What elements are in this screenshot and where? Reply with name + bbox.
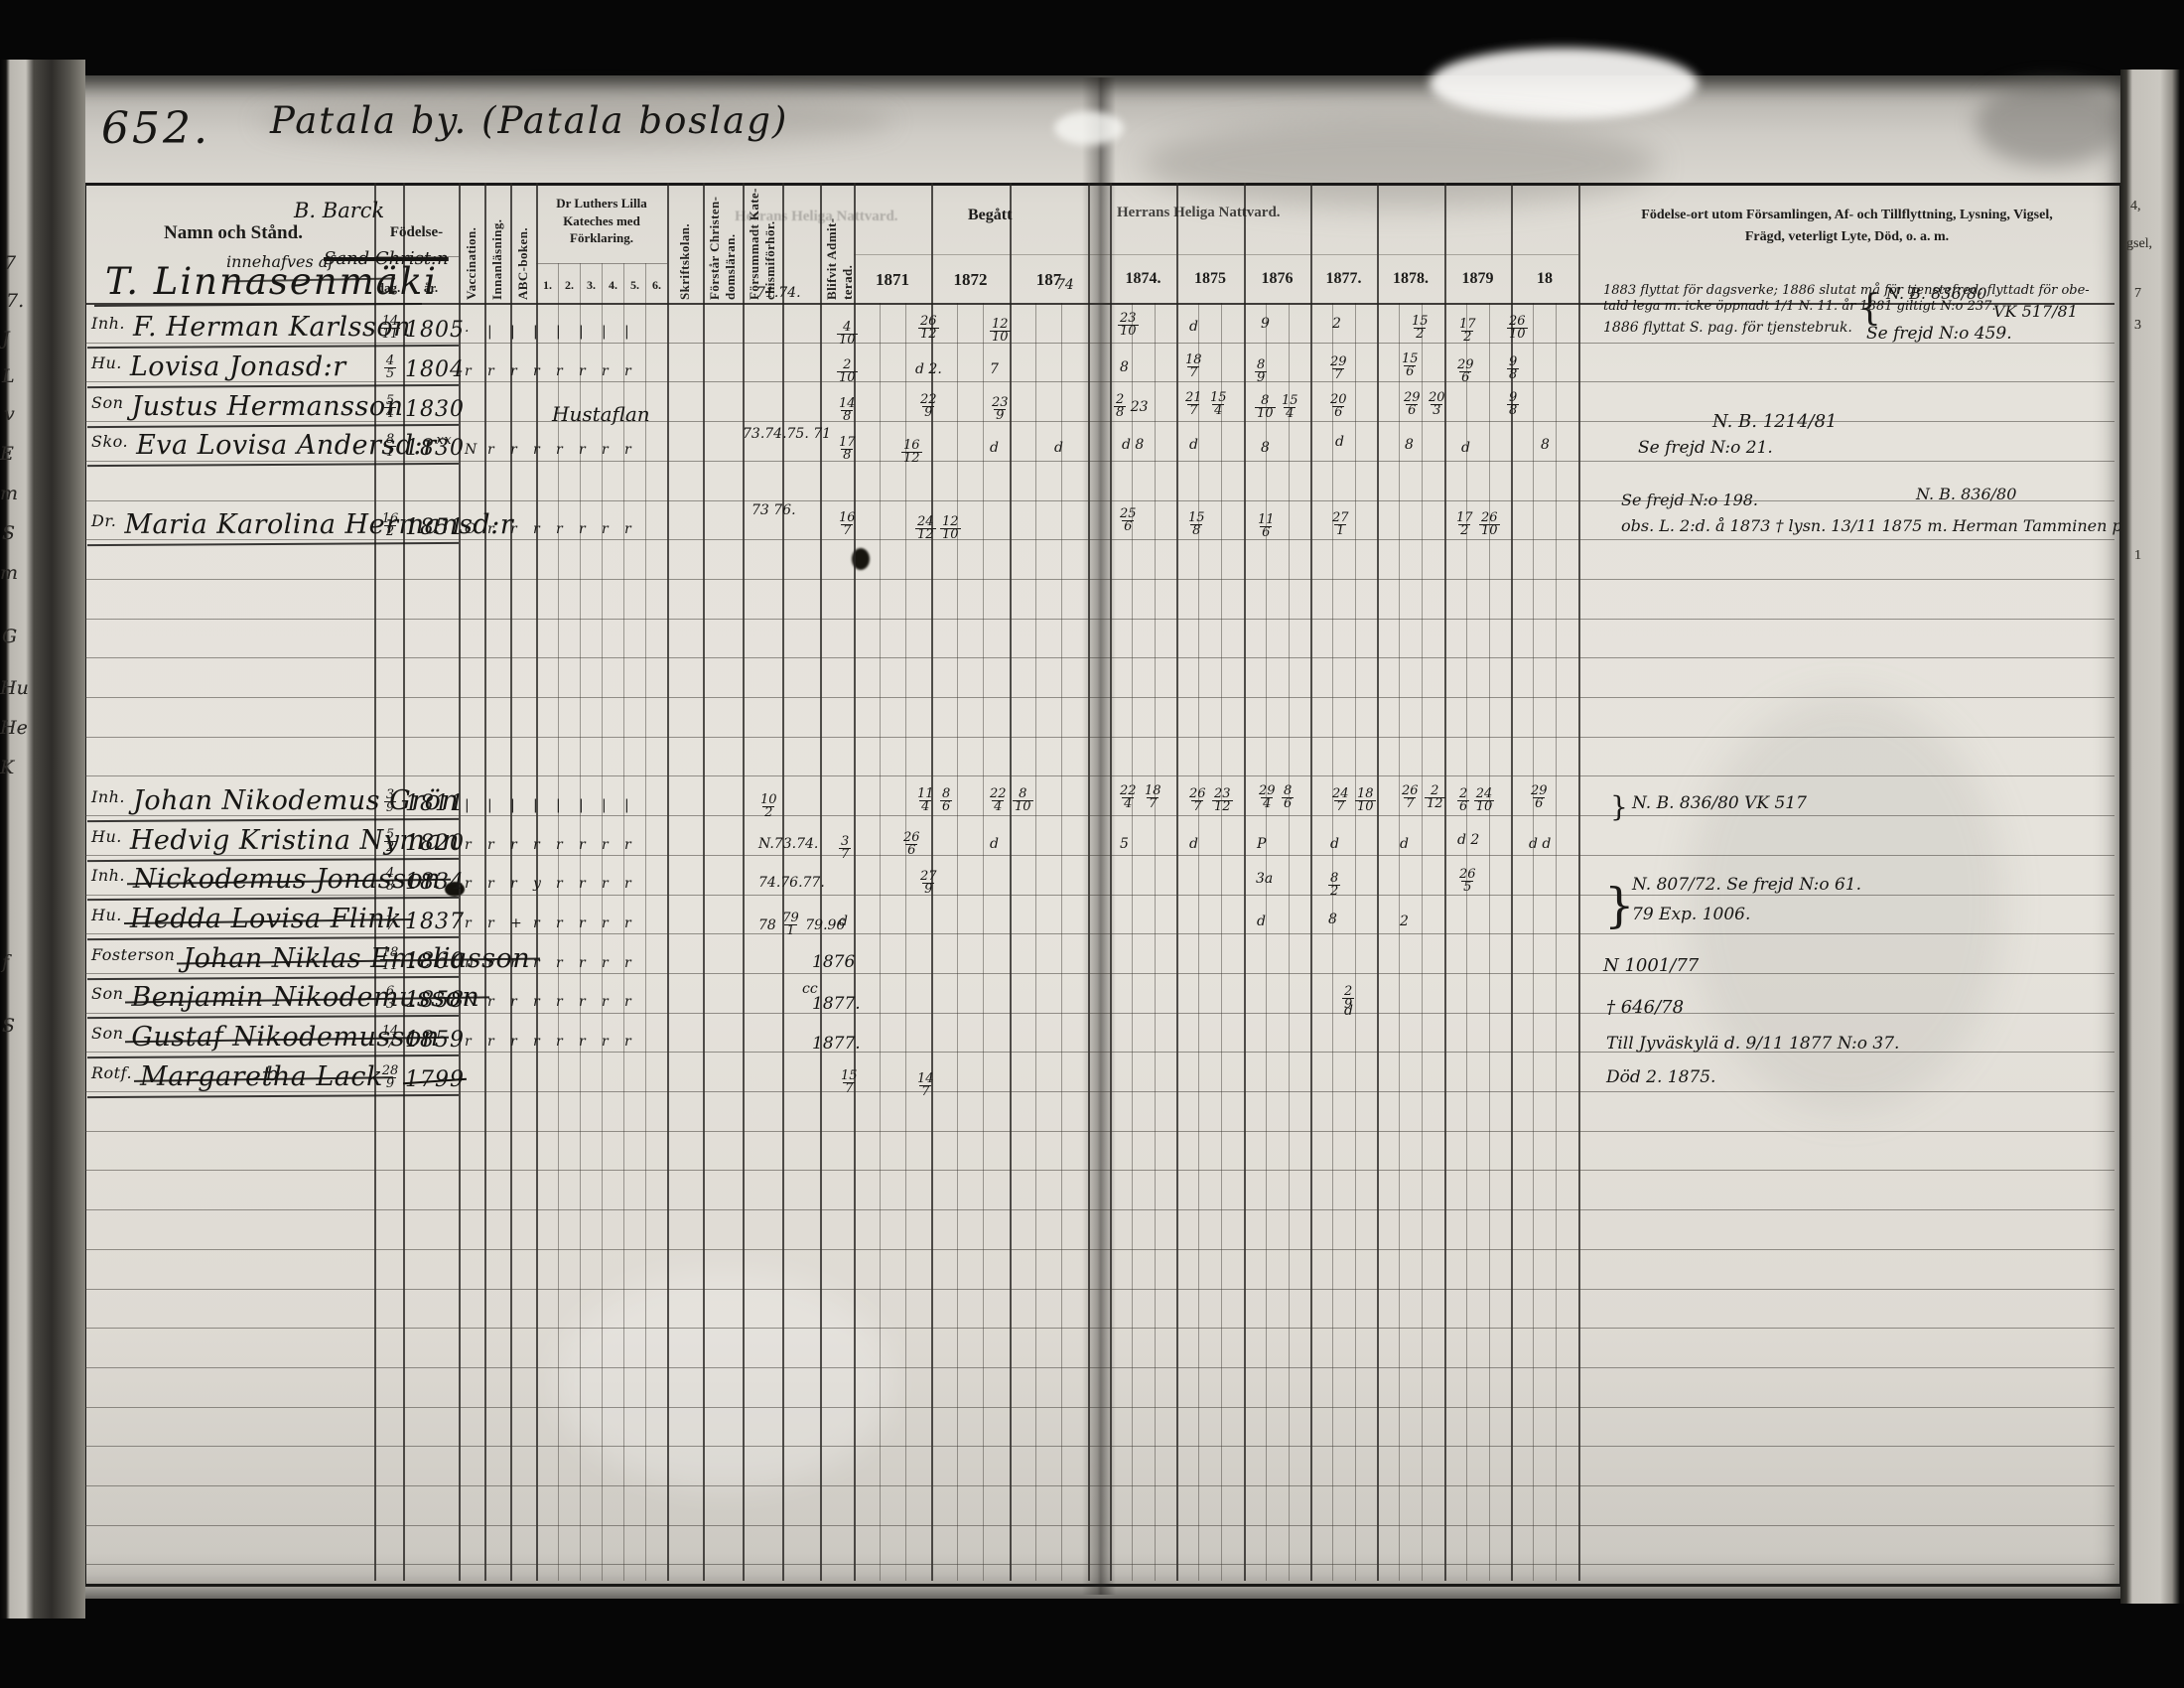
margin-note: Se frejd N:o 459. <box>1866 324 2012 344</box>
page-number: 652. <box>101 103 210 154</box>
grid-mark: 8 <box>1541 437 1550 453</box>
year-header-1871: 1871 <box>854 270 931 290</box>
catechism-mark: r <box>602 363 609 379</box>
scanned-parish-register-photo: 652. Patala by. (Patala boslag) Namn och… <box>0 0 2184 1688</box>
grid-mark: 147 <box>915 1073 936 1099</box>
grid-mark: d 8 <box>1122 437 1144 453</box>
catechism-mark: · <box>465 324 469 340</box>
date-fraction: 172 <box>1457 319 1478 345</box>
birth-day: 1811 <box>375 947 405 973</box>
date-fraction: 98 <box>1507 356 1519 382</box>
status-prefix: Hu. <box>91 353 122 372</box>
grid-mark: 114 86 <box>915 788 952 814</box>
margin-note: 1886 flyttat S. pag. för tjenstebruk. <box>1603 320 1852 336</box>
date-fraction: 187 <box>1183 354 1204 380</box>
date-fraction: 267 <box>1400 785 1421 811</box>
date-fraction: 1210 <box>940 516 961 542</box>
grid-mark: 78 791 79.96 <box>758 913 845 938</box>
catechism-mark: r <box>579 876 586 892</box>
grid-mark: d <box>839 914 848 929</box>
catechism-mark: r <box>579 837 586 853</box>
notes-header-line2: Frägd, veterligt Lyte, Död, o. a. m. <box>1745 229 1949 244</box>
birth-day: 48 <box>375 868 405 894</box>
grid-mark: d 2 <box>1457 832 1479 848</box>
grid-mark: 271 <box>1330 512 1351 538</box>
date-fraction: 82 <box>1328 873 1340 899</box>
margin-note: N. B. 836/80 VK 517 <box>1632 793 1807 813</box>
date-fraction: 37 <box>839 836 851 862</box>
catechism-mark: r <box>533 837 540 853</box>
grid-mark: 265 <box>1457 869 1478 895</box>
date-fraction: 229 <box>918 394 939 420</box>
grid-mark: 8 <box>1261 440 1270 456</box>
page-edge-fragment: 7 <box>2134 286 2141 302</box>
grid-mark: 156 <box>1400 353 1421 379</box>
grid-mark: d <box>990 440 999 456</box>
grid-mark: 37 <box>839 836 851 862</box>
birth-year: 1804 <box>405 357 465 382</box>
catechism-mark: r <box>624 442 631 458</box>
status-prefix: Dr. <box>91 511 116 530</box>
status-prefix: Son <box>91 1024 123 1043</box>
birth-year: 1859 <box>405 1028 465 1053</box>
village-title-script: Patala by. (Patala boslag) <box>270 99 788 142</box>
communion-header-nattvard: Herrans Heliga Nattvard. <box>1117 205 1281 221</box>
page-edge-fragment: 4, <box>2130 199 2141 214</box>
catechism-mark: | <box>533 797 538 813</box>
name-row: SonJustus Hermansson <box>91 391 404 422</box>
catechism-mark: r <box>465 876 472 892</box>
grid-mark: 1876 <box>812 952 855 972</box>
catechism-col-1: 1. <box>537 278 558 293</box>
catechism-mark: r <box>487 915 494 931</box>
birth-day: 45 <box>375 355 405 381</box>
catechism-mark: r <box>556 994 563 1010</box>
grid-mark: 73 76. <box>751 502 796 518</box>
grid-mark: d 2. <box>915 361 942 377</box>
date-fraction: 1210 <box>990 319 1011 345</box>
status-prefix: Son <box>91 393 123 412</box>
catechism-col-4: 4. <box>603 278 623 293</box>
date-fraction: 791 <box>780 913 801 938</box>
grid-mark: 102 <box>758 794 779 820</box>
date-fraction: 154 <box>1208 392 1229 418</box>
column-header-reading: Innanläsning. <box>489 191 505 300</box>
column-header-notes: Födelse-ort utom Församlingen, Af- och T… <box>1586 205 2108 247</box>
catechism-mark: r <box>510 876 517 892</box>
grid-mark: 187 <box>1183 354 1204 380</box>
margin-glyph: 7. <box>6 290 24 312</box>
person-name: F. Herman Karlsson <box>133 312 411 343</box>
birth-year: 1858 <box>405 988 465 1013</box>
catechism-mark: | <box>533 324 538 340</box>
catechism-mark: r <box>602 521 609 537</box>
margin-note: N. B. 1214/81 <box>1712 411 1838 432</box>
catechism-mark: r <box>579 442 586 458</box>
birth-year: 1837 <box>405 910 465 934</box>
grid-mark: 297 <box>1328 356 1349 382</box>
date-fraction: 206 <box>1328 394 1349 420</box>
date-fraction: 52 <box>384 829 396 855</box>
catechism-line1: Dr Luthers Lilla <box>556 196 647 211</box>
date-fraction: 2312 <box>1212 788 1233 814</box>
birth-year: 1811 <box>405 791 465 816</box>
catechism-mark: | <box>487 324 492 340</box>
catechism-mark: r <box>487 1034 494 1050</box>
catechism-mark: r <box>556 442 563 458</box>
birth-year: 1830 <box>405 397 465 422</box>
column-header-missed-2: chismiförhör. <box>762 191 778 300</box>
date-fraction: 296 <box>1529 785 1550 811</box>
grid-mark: 294 86 <box>1257 785 1294 811</box>
date-fraction: 810 <box>1255 395 1276 421</box>
grid-mark: 2412 1210 <box>915 516 961 542</box>
status-prefix: Sko. <box>91 432 128 451</box>
grid-mark: 172 2610 <box>1454 512 1500 538</box>
grid-mark: d <box>1330 836 1339 852</box>
date-fraction: 2310 <box>1118 313 1139 339</box>
year-header-1872: 1872 <box>931 270 1010 290</box>
grid-mark: 73.74.75. 71 <box>743 426 831 442</box>
margin-glyph: S <box>2 1015 15 1037</box>
page-edge-fragment: 1 <box>2134 548 2141 564</box>
grid-mark: 229 <box>918 394 939 420</box>
column-header-confirmation: Skriftskolan. <box>677 191 693 300</box>
catechism-mark: r <box>487 837 494 853</box>
margin-glyph: G <box>2 626 17 647</box>
margin-note: N. B. 836/80 <box>1916 485 2016 503</box>
grid-mark: d <box>990 836 999 852</box>
grid-mark: 296 <box>1529 785 1550 811</box>
catechism-mark: r <box>579 521 586 537</box>
year-header-1875: 1875 <box>1176 270 1244 288</box>
date-fraction: 1411 <box>380 316 401 342</box>
date-fraction: 48 <box>384 868 396 894</box>
grid-mark: 98 <box>1507 392 1519 418</box>
birth-year: 1830 <box>405 436 465 461</box>
catechism-mark: | <box>510 324 515 340</box>
date-fraction: 810 <box>1013 788 1033 814</box>
date-fraction: 2410 <box>1474 788 1495 814</box>
margin-glyph: m <box>0 562 18 584</box>
catechism-mark: | <box>556 797 561 813</box>
status-prefix: Rotf. <box>91 1063 132 1082</box>
date-fraction: 86 <box>1282 785 1294 811</box>
catechism-mark: r <box>510 363 517 379</box>
birth-day: 17 <box>375 908 405 933</box>
date-fraction: 2610 <box>1507 316 1528 342</box>
catechism-mark: r <box>510 442 517 458</box>
communion-header-begatt: Begått <box>968 207 1012 224</box>
catechism-mark: N <box>465 994 477 1010</box>
year-header-1876: 1876 <box>1244 270 1310 288</box>
grid-mark: 89 <box>1255 359 1267 385</box>
date-fraction: 203 <box>1427 392 1447 418</box>
catechism-mark: r <box>624 955 631 971</box>
margin-glyph: f <box>2 951 9 973</box>
date-fraction: 212 <box>1425 785 1445 811</box>
catechism-mark: r <box>487 363 494 379</box>
catechism-mark: r <box>487 442 494 458</box>
catechism-mark: r <box>487 521 494 537</box>
catechism-mark: r <box>602 994 609 1010</box>
grid-mark: 82 <box>1328 873 1340 899</box>
name-row: Inh.F. Herman Karlsson <box>91 312 411 343</box>
catechism-mark: r <box>624 876 631 892</box>
catechism-mark: r <box>533 442 540 458</box>
date-fraction: 28 <box>1114 394 1126 420</box>
catechism-mark: r <box>556 1034 563 1050</box>
person-name: Hedda Lovisa Flink <box>130 904 402 934</box>
name-row: Hu.Lovisa Jonasd:r <box>91 352 346 382</box>
margin-note: † 646/78 <box>1606 997 1684 1018</box>
date-fraction: 89 <box>1255 359 1267 385</box>
grid-mark: 74.76.77. <box>758 875 825 891</box>
note-brace: } <box>1610 790 1628 823</box>
grid-mark: 152 <box>1410 316 1431 342</box>
grid-mark: 74 <box>1056 277 1074 293</box>
grid-mark: d <box>1400 836 1409 852</box>
status-prefix: Inh. <box>91 866 125 885</box>
margin-note: N. 807/72. Se frejd N:o 61. <box>1632 875 1861 895</box>
catechism-mark: r <box>624 521 631 537</box>
date-fraction: 39 <box>384 789 396 815</box>
margin-glyph: J <box>2 328 10 350</box>
catechism-mark: O <box>465 521 476 537</box>
catechism-mark: r <box>487 994 494 1010</box>
name-row: Rotf.Margaretha Lack <box>91 1061 383 1092</box>
birth-day: 39 <box>375 789 405 815</box>
date-fraction: 26 <box>1457 788 1469 814</box>
person-name: Johan Niklas Emeliasson <box>183 943 530 974</box>
grid-mark: 1612 <box>901 440 922 466</box>
date-fraction: 410 <box>837 322 858 348</box>
birth-day: 63 <box>375 986 405 1012</box>
grid-mark: 247 1810 <box>1330 788 1376 814</box>
grid-mark: Hustaflan <box>552 402 650 426</box>
date-fraction: 2610 <box>1479 512 1500 538</box>
catechism-mark: r <box>510 994 517 1010</box>
grid-mark: 5 <box>1120 836 1129 852</box>
date-fraction: 147 <box>380 1026 401 1052</box>
margin-glyph: 7 <box>4 252 16 274</box>
grid-mark: 148 <box>837 398 858 424</box>
date-fraction: 247 <box>1330 788 1351 814</box>
person-name: Justus Hermansson <box>131 391 403 422</box>
birth-year: 1860 <box>405 949 465 974</box>
catechism-mark: r <box>602 837 609 853</box>
catechism-mark: + <box>510 915 522 931</box>
catechism-mark: | <box>602 324 607 340</box>
grid-mark: 1877. <box>812 1034 861 1054</box>
grid-mark: N.73.74. <box>758 836 818 852</box>
column-header-catechism: Dr Luthers Lilla Kateches med Förklaring… <box>536 195 667 247</box>
birth-year: 1820 <box>405 831 465 856</box>
catechism-mark: y <box>533 876 541 892</box>
catechism-mark: r <box>533 363 540 379</box>
date-fraction: 148 <box>837 398 858 424</box>
catechism-mark: r <box>465 915 472 931</box>
bleedthrough-communion-text: Herrans Heliga Nattvard. <box>735 209 898 225</box>
catechism-mark: N <box>465 442 477 458</box>
catechism-mark: r <box>510 837 517 853</box>
grid-mark: 167 <box>837 512 858 538</box>
grid-mark: 28 23 <box>1114 394 1149 420</box>
date-fraction: 167 <box>837 512 858 538</box>
catechism-mark: r <box>533 955 540 971</box>
name-row: Hu.Hedda Lovisa Flink <box>91 904 402 934</box>
grid-mark: d <box>1054 440 1063 456</box>
birth-year: 1799 <box>405 1067 465 1092</box>
grid-mark: 267 212 <box>1400 785 1445 811</box>
birth-year: 1851 <box>405 515 465 540</box>
birth-day: 52 <box>375 829 405 855</box>
catechism-mark: r <box>579 955 586 971</box>
catechism-mark: r <box>556 955 563 971</box>
birth-day: 1411 <box>375 316 405 342</box>
date-fraction: 45 <box>384 355 396 381</box>
page-edge-fragment: gsel, <box>2126 236 2152 252</box>
date-fraction: 217 <box>1183 392 1204 418</box>
margin-note: Död 2. 1875. <box>1606 1067 1715 1087</box>
margin-note: Till Jyväskylä d. 9/11 1877 N:o 37. <box>1606 1034 1899 1054</box>
date-fraction: 279 <box>918 871 939 897</box>
catechism-mark: | <box>624 797 629 813</box>
date-fraction: 98 <box>1507 392 1519 418</box>
catechism-mark: | <box>624 324 629 340</box>
year-header-1878: 1878. <box>1377 270 1444 288</box>
date-fraction: 296 <box>1402 392 1423 418</box>
section-title-farm-name: T. Linnasenmäki <box>105 260 438 303</box>
catechism-mark: | <box>465 797 470 813</box>
status-prefix: Fosterson <box>91 945 175 964</box>
date-fraction: 102 <box>758 794 779 820</box>
birth-day: 54 <box>375 395 405 421</box>
date-fraction: 187 <box>1143 785 1163 811</box>
catechism-mark: r <box>602 1034 609 1050</box>
date-fraction: 2412 <box>915 516 936 542</box>
grid-mark: 178 <box>837 437 858 463</box>
catechism-col-6: 6. <box>646 278 667 293</box>
note-brace: { <box>1858 288 1881 329</box>
birth-day: 289 <box>375 1065 405 1091</box>
grid-mark: 98 <box>1507 356 1519 382</box>
grid-mark: 7 <box>990 361 999 377</box>
date-fraction: 81 <box>384 434 396 460</box>
date-fraction: 17 <box>384 908 396 933</box>
date-fraction: 147 <box>915 1073 936 1099</box>
margin-glyph: K <box>0 757 14 778</box>
status-prefix: Hu. <box>91 906 122 924</box>
catechism-mark: r <box>487 955 494 971</box>
margin-note: Se frejd N:o 198. <box>1621 491 1758 509</box>
catechism-mark: r <box>487 876 494 892</box>
margin-note: VK 517/81 <box>1993 302 2078 321</box>
grid-mark: 116 <box>1256 514 1277 540</box>
date-fraction: 1612 <box>901 440 922 466</box>
catechism-mark: r <box>624 837 631 853</box>
year-header-1880: 18 <box>1511 270 1578 288</box>
catechism-mark: r <box>533 915 540 931</box>
date-fraction: 289 <box>380 1065 401 1091</box>
catechism-mark: | <box>602 797 607 813</box>
notes-header-line1: Födelse-ort utom Församlingen, Af- och T… <box>1641 208 2052 222</box>
column-header-understands-1: Förstår Christen- <box>707 191 723 300</box>
catechism-mark: n <box>465 955 474 971</box>
catechism-mark: r <box>510 1034 517 1050</box>
grid-mark: P <box>1257 836 1266 852</box>
date-fraction: 266 <box>901 832 922 858</box>
column-header-understands-2: domsläran. <box>723 191 739 300</box>
catechism-mark: r <box>602 876 609 892</box>
status-prefix: Hu. <box>91 827 122 846</box>
person-name: Margaretha Lack <box>140 1061 383 1092</box>
catechism-mark: r <box>579 994 586 1010</box>
margin-glyph: E <box>0 443 14 465</box>
catechism-mark: r <box>556 915 563 931</box>
grid-mark: 172 <box>1457 319 1478 345</box>
catechism-col-3: 3. <box>581 278 602 293</box>
grid-mark: 279 <box>918 871 939 897</box>
date-fraction: 224 <box>1118 785 1139 811</box>
catechism-mark: r <box>465 1034 472 1050</box>
grid-mark: 26 2410 <box>1457 788 1494 814</box>
date-fraction: 265 <box>1457 869 1478 895</box>
date-fraction: 2612 <box>918 316 939 342</box>
status-prefix: Son <box>91 984 123 1003</box>
date-fraction: 172 <box>1454 512 1475 538</box>
year-header-1877: 1877. <box>1310 270 1377 288</box>
year-header-1873: 187 <box>1010 270 1088 290</box>
margin-note: N. B. 836/80 <box>1886 284 1986 303</box>
grid-mark: d <box>1189 319 1198 335</box>
page-edge-fragment: 3 <box>2134 318 2141 334</box>
grid-mark: 2 <box>1400 914 1409 929</box>
catechism-mark: r <box>602 442 609 458</box>
margin-glyph: Hu <box>0 677 29 699</box>
grid-mark: 256 <box>1118 508 1139 534</box>
grid-mark: 239 <box>990 397 1011 423</box>
date-fraction: 256 <box>1118 508 1139 534</box>
date-fraction: 1810 <box>1355 788 1376 814</box>
margin-note: 1883 flyttat för dagsverke; 1886 slutat … <box>1603 283 2090 298</box>
grid-mark: 1877. <box>812 994 861 1014</box>
column-header-abc-book: ABC-boken. <box>515 191 531 300</box>
grid-mark: 71.74. <box>756 285 801 301</box>
catechism-mark: r <box>602 955 609 971</box>
grid-mark: d <box>1257 914 1266 929</box>
date-fraction: 116 <box>1256 514 1277 540</box>
catechism-mark: r <box>510 955 517 971</box>
catechism-mark: r <box>624 915 631 931</box>
catechism-mark: r <box>556 876 563 892</box>
status-prefix: Inh. <box>91 314 125 333</box>
date-fraction: 158 <box>1186 512 1207 538</box>
grid-mark: 9 <box>1261 316 1270 332</box>
margin-note: Se frejd N:o 21. <box>1638 438 1773 458</box>
catechism-mark: | <box>510 797 515 813</box>
date-fraction: 271 <box>1330 512 1351 538</box>
date-fraction: 267 <box>1187 788 1208 814</box>
date-fraction: 296 <box>1455 359 1476 385</box>
margin-glyph: m <box>0 483 18 504</box>
year-header-1874: 1874. <box>1110 270 1176 288</box>
catechism-mark: | <box>579 324 584 340</box>
column-header-name: Namn och Stånd. <box>149 222 318 244</box>
date-fraction: 297 <box>1328 356 1349 382</box>
catechism-mark: r <box>556 363 563 379</box>
margin-glyph: L <box>2 365 15 387</box>
